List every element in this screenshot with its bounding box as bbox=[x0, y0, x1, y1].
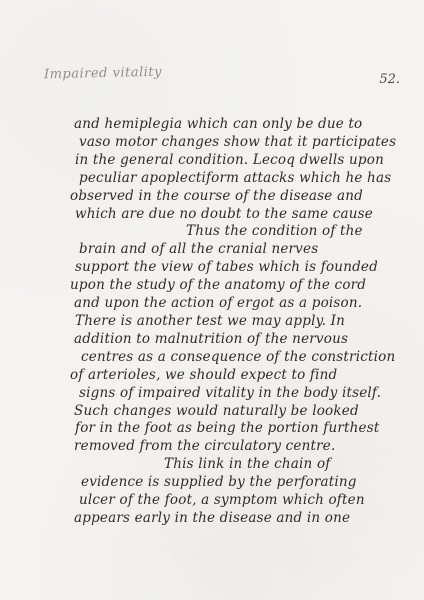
page-number: 52. bbox=[379, 72, 400, 87]
manuscript-line: evidence is supplied by the perforating bbox=[81, 474, 410, 492]
manuscript-line: addition to malnutrition of the nervous bbox=[74, 331, 410, 349]
manuscript-line: Such changes would naturally be looked bbox=[74, 403, 410, 421]
manuscript-line: appears early in the disease and in one bbox=[74, 510, 410, 528]
manuscript-line: removed from the circulatory centre. bbox=[74, 438, 410, 456]
manuscript-line: and hemiplegia which can only be due to bbox=[74, 116, 410, 134]
manuscript-line: signs of impaired vitality in the body i… bbox=[79, 385, 410, 403]
manuscript-line: peculiar apoplectiform attacks which he … bbox=[79, 170, 410, 188]
manuscript-body: and hemiplegia which can only be due to … bbox=[74, 116, 410, 528]
manuscript-line: and upon the action of ergot as a poison… bbox=[74, 295, 410, 313]
manuscript-line: Thus the condition of the bbox=[186, 223, 410, 241]
manuscript-line: There is another test we may apply. In bbox=[75, 313, 410, 331]
manuscript-line: of arterioles, we should expect to find bbox=[70, 367, 410, 385]
manuscript-line: which are due no doubt to the same cause bbox=[75, 206, 410, 224]
manuscript-line: centres as a consequence of the constric… bbox=[81, 349, 410, 367]
manuscript-line: This link in the chain of bbox=[164, 456, 410, 474]
manuscript-line: for in the foot as being the portion fur… bbox=[75, 420, 410, 438]
manuscript-line: brain and of all the cranial nerves bbox=[79, 241, 410, 259]
manuscript-line: in the general condition. Lecoq dwells u… bbox=[75, 152, 410, 170]
manuscript-line: upon the study of the anatomy of the cor… bbox=[70, 277, 410, 295]
manuscript-line: observed in the course of the disease an… bbox=[70, 188, 410, 206]
manuscript-page: Impaired vitality 52. and hemiplegia whi… bbox=[0, 0, 424, 600]
manuscript-line: ulcer of the foot, a symptom which often bbox=[79, 492, 410, 510]
manuscript-line: vaso motor changes show that it particip… bbox=[79, 134, 410, 152]
manuscript-line: support the view of tabes which is found… bbox=[75, 259, 410, 277]
page-heading: Impaired vitality bbox=[44, 65, 162, 82]
